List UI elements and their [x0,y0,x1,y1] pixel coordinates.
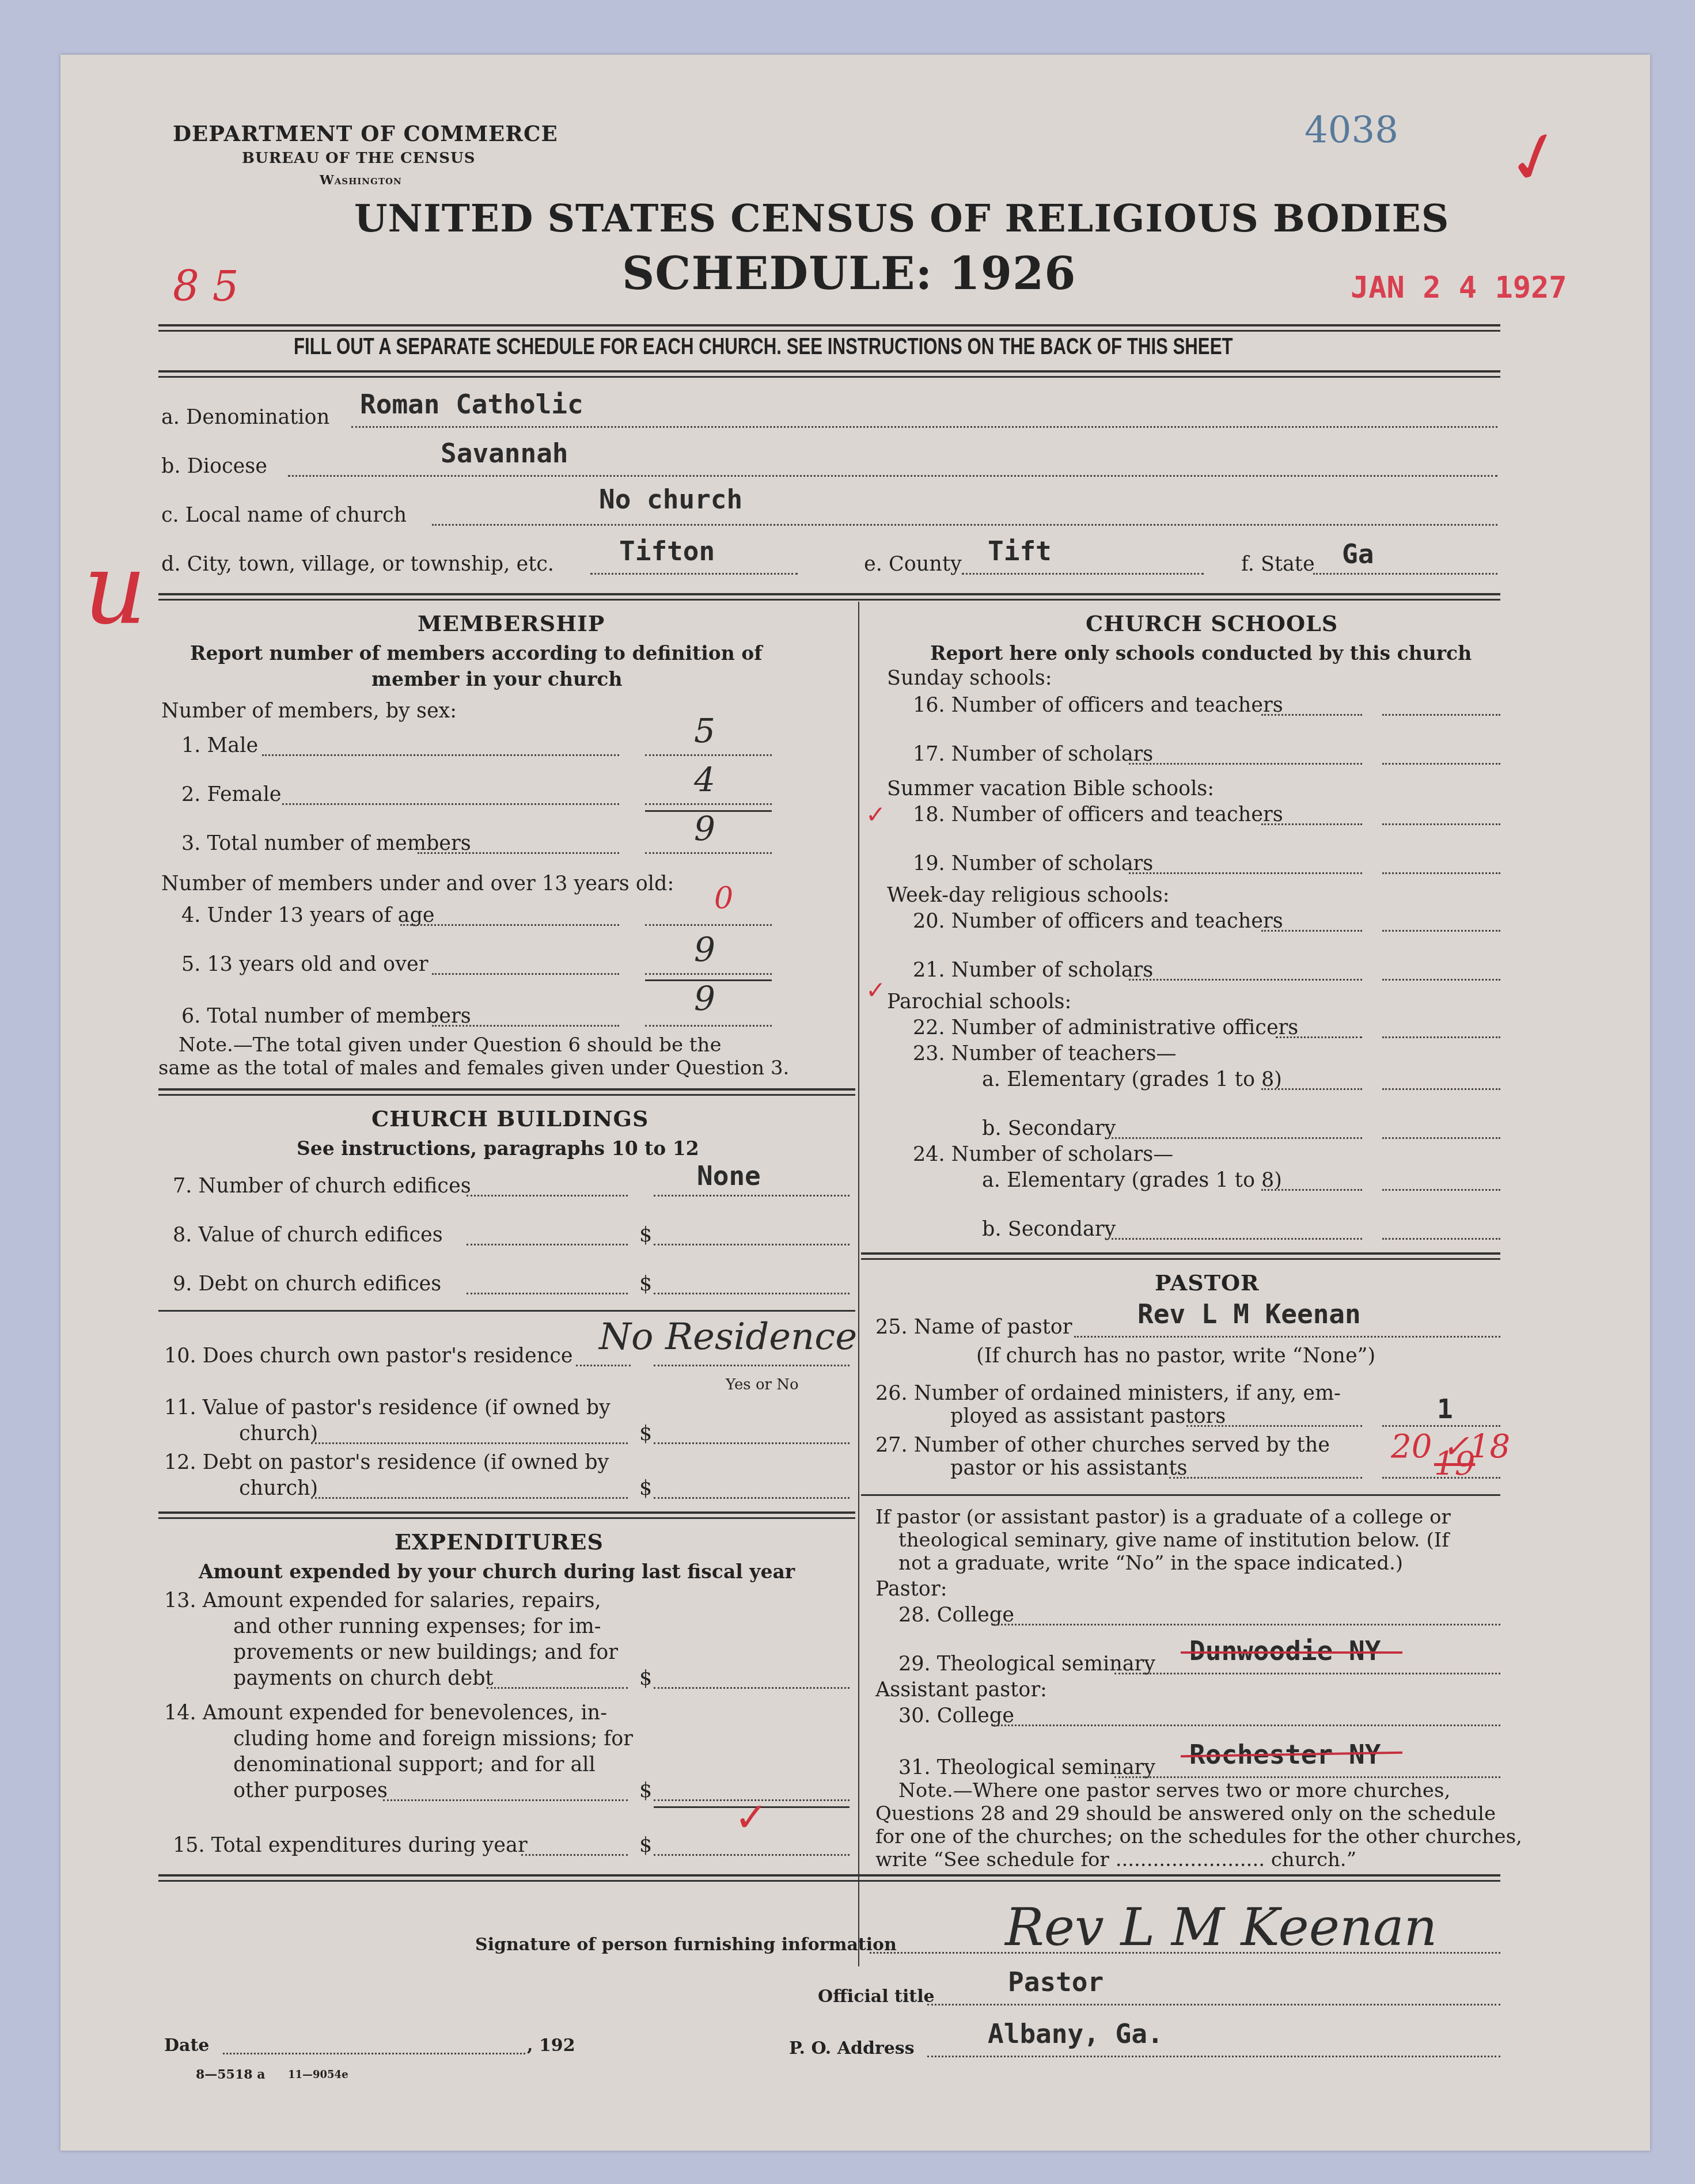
q18-label: 18. Number of officers and teachers [913,803,1283,826]
dot-leader [1276,1036,1362,1038]
dot-leader [1129,872,1362,874]
divider [158,370,1500,378]
divider [158,1874,1500,1882]
total-members-label: 3. Total number of members [181,832,471,855]
q23b-field[interactable] [1382,1137,1500,1139]
residence-value-field[interactable] [654,1442,850,1444]
bureau-heading: BUREAU OF THE CENSUS [242,150,475,167]
divider [861,1252,1500,1260]
q14-label-3: denominational support; and for all [233,1753,596,1776]
signature-label: Signature of person furnishing informati… [475,1935,897,1955]
total-members-count[interactable]: 9 [694,809,715,848]
red-check-mark-icon: ✓ [1497,112,1573,204]
county-line [962,573,1204,575]
instructions-banner: FILL OUT A SEPARATE SCHEDULE FOR EACH CH… [294,334,1233,360]
q20-field[interactable] [1382,930,1500,932]
dot-leader [927,2056,1500,2057]
sunday-schools-heading: Sunday schools: [887,667,1052,690]
q23-label: 23. Number of teachers— [913,1042,1176,1065]
by-sex-heading: Number of members, by sex: [161,700,457,723]
state-label: f. State [1241,553,1315,576]
q24a-field[interactable] [1382,1189,1500,1191]
residence-debt-label: 12. Debt on pastor's residence (if owned… [164,1451,609,1474]
answer-line [1382,1425,1500,1427]
received-date-stamp: JAN 2 4 1927 [1351,271,1567,305]
expenditures-title: EXPENDITURES [395,1529,604,1555]
local-name-line [432,524,1497,526]
church-buildings-title: CHURCH BUILDINGS [371,1106,649,1131]
q31-label: 31. Theological seminary [898,1756,1155,1779]
q24-label: 24. Number of scholars— [913,1143,1173,1166]
divider [158,1511,855,1519]
pastor-name-field[interactable]: Rev L M Keenan [1137,1298,1361,1330]
membership-subtitle: Report number of members according to de… [190,642,762,664]
form-title: UNITED STATES CENSUS OF RELIGIOUS BODIES [354,196,1450,241]
dot-leader [576,1365,631,1366]
pastor-note-3: for one of the churches; on the schedule… [875,1825,1522,1848]
age-heading: Number of members under and over 13 year… [161,872,674,895]
dot-leader [1261,823,1362,825]
dollar-sign: $ [639,1667,652,1690]
total-members-2-label: 6. Total number of members [181,1005,471,1028]
pastor-note-4: write “See schedule for ................… [875,1848,1356,1871]
dot-leader [1114,1673,1500,1674]
pastor-residence-field[interactable]: No Residence [599,1316,857,1358]
q14-label-2: cluding home and foreign missions; for [233,1727,633,1750]
county-label: e. County [864,553,962,576]
q21-field[interactable] [1382,979,1500,981]
divider [861,1494,1500,1496]
dot-leader [1129,979,1362,981]
residence-value-label-2: church) [239,1422,318,1445]
q13-label-2: and other running expenses; for im- [233,1615,601,1638]
q13-label-3: provements or new buildings; and for [233,1641,618,1664]
column-divider [858,602,859,1966]
po-address-field[interactable]: Albany, Ga. [988,2018,1163,2049]
city-line [590,573,798,575]
dot-leader [521,1854,628,1856]
red-check-mark-icon: ✓ [866,800,886,829]
q19-field[interactable] [1382,872,1500,874]
red-margin-note: 8 5 [173,262,239,310]
pastor-seminary-field[interactable]: Dunwoodie NY [1189,1635,1381,1666]
edifices-count-label: 7. Number of church edifices [173,1175,471,1198]
official-title-field[interactable]: Pastor [1008,1966,1104,1997]
residence-debt-label-2: church) [239,1477,318,1500]
state-field[interactable]: Ga [1342,538,1374,569]
q17-label: 17. Number of scholars [913,743,1153,766]
pastor-name-hint: (If church has no pastor, write “None”) [976,1344,1375,1368]
parochial-schools-heading: Parochial schools: [887,990,1071,1013]
pastor-note-1: Note.—Where one pastor serves two or mor… [898,1779,1450,1802]
pastor-subheading: Pastor: [875,1578,947,1601]
q28-label: 28. College [898,1604,1014,1627]
q27-label-2: pastor or his assistants [950,1457,1187,1480]
answer-line [645,852,772,854]
church-buildings-subtitle: See instructions, paragraphs 10 to 12 [297,1137,699,1160]
q14-label-1: 14. Amount expended for benevolences, in… [164,1701,607,1725]
red-u-mark-icon: u [84,533,147,647]
under-13-label: 4. Under 13 years of age [181,904,435,927]
q13-label-1: 13. Amount expended for salaries, repair… [164,1589,601,1612]
graduate-note-3: not a graduate, write “No” in the space … [898,1552,1403,1575]
answer-line [645,924,772,926]
edifices-value-field[interactable] [654,1244,850,1245]
state-line [1313,573,1497,575]
pastor-title: PASTOR [1155,1270,1260,1296]
dot-leader [1186,1425,1362,1427]
diocese-label: b. Diocese [161,455,267,478]
over-13-label: 5. 13 years old and over [181,953,428,976]
divider [158,1310,855,1312]
official-title-label: Official title [818,1987,935,2007]
q16-field[interactable] [1382,714,1500,716]
q22-field[interactable] [1382,1036,1500,1038]
pastor-note-2: Questions 28 and 29 should be answered o… [875,1802,1496,1825]
answer-line [654,1195,850,1197]
q20-label: 20. Number of officers and teachers [913,910,1283,933]
residence-debt-field[interactable] [654,1497,850,1499]
edifices-count-field[interactable]: None [697,1160,761,1191]
department-heading: DEPARTMENT OF COMMERCE [173,121,558,146]
q14-label-4: other purposes [233,1779,388,1802]
male-label: 1. Male [181,734,258,757]
dot-leader [1261,1189,1362,1191]
answer-line [645,803,772,805]
q23a-field[interactable] [1382,1088,1500,1090]
date-suffix: , 192 [527,2035,575,2056]
diocese-line [288,475,1497,477]
dot-leader [432,973,619,975]
dollar-sign: $ [639,1477,652,1500]
pastor-college-field[interactable] [994,1624,1500,1625]
dot-leader [311,1497,628,1499]
form-code-1: 8—5518 a [196,2067,265,2082]
po-address-label: P. O. Address [789,2038,915,2058]
membership-subtitle-2: member in your church [371,668,622,690]
graduate-note-2: theological seminary, give name of insti… [898,1529,1449,1552]
edifices-debt-field[interactable] [654,1293,850,1294]
q30-label: 30. College [898,1704,1014,1727]
answer-line [645,754,772,756]
q24b-label: b. Secondary [982,1218,1116,1241]
denomination-line [351,426,1497,428]
dot-leader [262,754,619,756]
q21-label: 21. Number of scholars [913,959,1153,982]
dot-leader [467,1195,628,1197]
denomination-label: a. Denomination [161,406,329,429]
male-count[interactable]: 5 [694,711,715,750]
pastor-residence-label: 10. Does church own pastor's residence [164,1344,573,1368]
edifices-value-label: 8. Value of church edifices [173,1224,443,1247]
q26-label-2: ployed as assistant pastors [950,1405,1226,1428]
answer-line [654,1365,850,1366]
signature-field[interactable]: Rev L M Keenan [1005,1897,1438,1958]
divider [158,593,1500,601]
dot-leader [1129,763,1362,765]
q26-label-1: 26. Number of ordained ministers, if any… [875,1382,1341,1405]
dollar-sign: $ [639,1273,652,1296]
other-churches-original-value: 19 [1434,1445,1475,1483]
dot-leader [418,852,619,854]
dollar-sign: $ [639,1834,652,1857]
assistant-pastor-subheading: Assistant pastor: [875,1678,1047,1701]
summer-schools-heading: Summer vacation Bible schools: [887,777,1214,800]
divider [158,1088,855,1096]
red-check-mark-icon: ✓ [866,976,886,1004]
dot-leader [1261,1088,1362,1090]
stamp-number: 4038 [1305,109,1398,152]
denomination-field[interactable]: Roman Catholic [360,389,583,420]
q13-label-4: payments on church debt [233,1667,494,1690]
assistant-pastors-field[interactable]: 1 [1437,1393,1453,1425]
yes-or-no-hint: Yes or No [726,1376,799,1393]
dot-leader [467,1293,628,1294]
female-count[interactable]: 4 [694,760,715,799]
dot-leader [1261,930,1362,932]
q24b-field[interactable] [1382,1238,1500,1240]
dot-leader [1261,714,1362,716]
membership-title: MEMBERSHIP [418,610,605,636]
dollar-sign: $ [639,1779,652,1802]
date-label: Date [164,2035,209,2056]
over-13-count[interactable]: 9 [694,930,715,969]
assistant-college-field[interactable] [994,1725,1500,1726]
q13-amount-field[interactable] [654,1687,850,1689]
q23b-label: b. Secondary [982,1117,1116,1140]
graduate-note-1: If pastor (or assistant pastor) is a gra… [875,1506,1451,1529]
dot-leader [1114,1776,1500,1778]
dot-leader [282,803,619,805]
dot-leader [432,1025,619,1027]
date-field[interactable] [223,2053,525,2054]
q27-label-1: 27. Number of other churches served by t… [875,1434,1330,1457]
church-schools-subtitle: Report here only schools conducted by th… [930,642,1472,664]
q15-label: 15. Total expenditures during year [173,1834,528,1857]
dot-leader [927,2004,1500,2006]
expenditures-subtitle: Amount expended by your church during la… [199,1560,795,1583]
city-label: d. City, town, village, or township, etc… [161,553,554,576]
answer-line [645,973,772,975]
county-field[interactable]: Tift [988,535,1052,567]
q29-label: 29. Theological seminary [898,1653,1155,1676]
q17-field[interactable] [1382,763,1500,765]
census-form-sheet: DEPARTMENT OF COMMERCE BUREAU OF THE CEN… [60,55,1650,2151]
dot-leader [1112,1238,1362,1240]
female-label: 2. Female [181,783,282,806]
q16-label: 16. Number of officers and teachers [913,694,1283,717]
q19-label: 19. Number of scholars [913,852,1153,875]
membership-note: Note.—The total given under Question 6 s… [179,1034,847,1057]
city-heading: Washington [320,173,402,188]
q18-field[interactable] [1382,823,1500,825]
q22-label: 22. Number of administrative officers [913,1016,1298,1039]
dot-leader [1074,1336,1500,1338]
diocese-field[interactable]: Savannah [441,438,568,469]
dot-leader [383,1799,628,1801]
divider [158,324,1500,332]
church-schools-title: CHURCH SCHOOLS [1086,610,1338,636]
membership-note-2: same as the total of males and females g… [158,1057,850,1080]
dollar-sign: $ [639,1422,652,1445]
dot-leader [1169,1477,1362,1479]
q15-amount-field[interactable] [654,1854,850,1856]
local-name-field[interactable]: No church [599,484,742,515]
form-code-2: 11—9054e [288,2069,348,2081]
q23a-label: a. Elementary (grades 1 to 8) [982,1068,1282,1091]
local-name-label: c. Local name of church [161,504,407,527]
red-check-mark-icon: ✓ [734,1794,768,1841]
q24a-label: a. Elementary (grades 1 to 8) [982,1169,1282,1192]
edifices-debt-label: 9. Debt on church edifices [173,1273,441,1296]
dot-leader [1112,1137,1362,1139]
dot-leader [400,924,619,926]
under-13-count[interactable]: 0 [714,881,733,916]
pastor-name-label: 25. Name of pastor [875,1316,1072,1339]
dot-leader [487,1687,628,1689]
dot-leader [311,1442,628,1444]
weekday-schools-heading: Week-day religious schools: [887,884,1169,907]
schedule-title: SCHEDULE: 1926 [622,248,1076,300]
city-field[interactable]: Tifton [619,535,715,567]
dollar-sign: $ [639,1224,652,1247]
answer-line [645,1025,772,1027]
residence-value-label: 11. Value of pastor's residence (if owne… [164,1396,610,1419]
total-members-2-count[interactable]: 9 [694,979,715,1018]
dot-leader [467,1244,628,1245]
red-strikethrough [1181,1651,1402,1654]
